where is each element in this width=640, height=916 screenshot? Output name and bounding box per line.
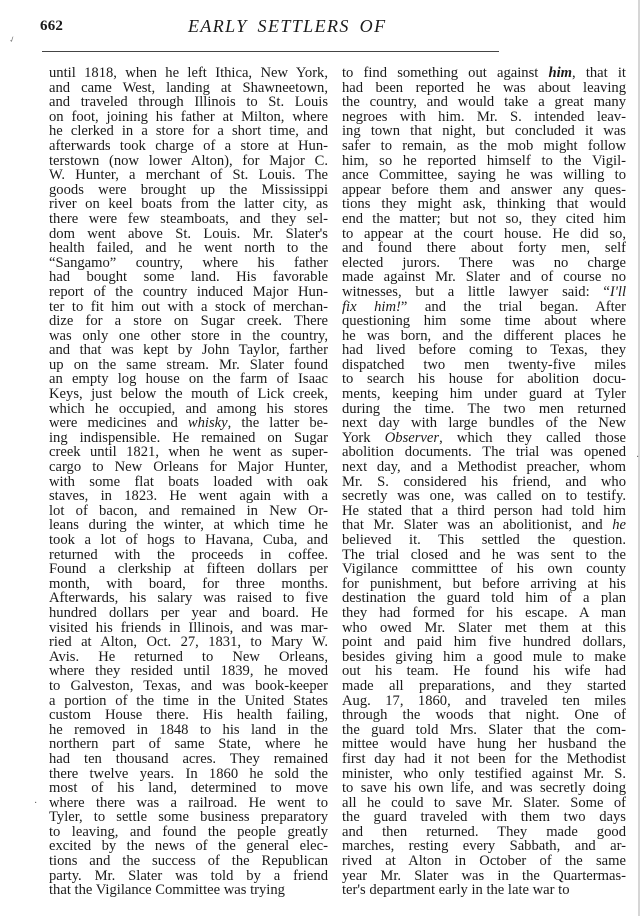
text-segment: visited his friends in Illinois, and was…: [49, 620, 328, 636]
text-segment: and found there about forty men, self: [342, 240, 626, 256]
text-segment: questioning him some time about where: [342, 313, 626, 329]
text-line: dispatched two men twenty-five miles: [342, 358, 626, 373]
text-segment: creek until 1821, when he went as super-: [49, 444, 328, 460]
text-line: Found a clerkship at fifteen dollars per: [49, 562, 328, 577]
text-segment: to Galveston, Texas, and was book-keeper: [49, 678, 328, 694]
text-segment: where they resided until 1839, he moved: [49, 663, 328, 679]
text-line: which he occupied, and among his stores: [49, 402, 328, 417]
text-line: that Mr. Slater was an abolitionist, and…: [342, 518, 626, 533]
text-line: elected jurors. There was no charge: [342, 256, 626, 271]
text-line: dom went above St. Louis. Mr. Slater's: [49, 227, 328, 242]
text-segment: out his team. He found his wife had: [342, 663, 626, 679]
text-segment: northern part of same State, where he: [49, 736, 328, 752]
text-segment: on foot, joining his father at Milton, w…: [49, 109, 328, 125]
text-line: health failed, and he went north to the: [49, 241, 328, 256]
text-segment: , which they called those: [439, 430, 626, 446]
text-segment: with some flat boats loaded with oak: [49, 474, 328, 490]
text-line: an empty log house on the farm of Isaac: [49, 372, 328, 387]
text-segment: goods were brought up the Mississippi: [49, 182, 328, 198]
text-segment: an empty log house on the farm of Isaac: [49, 371, 328, 387]
text-segment: had ten thousand acres. They remained: [49, 751, 328, 767]
text-segment: cargo to New Orleans for Major Hunter,: [49, 459, 328, 475]
text-segment: which he occupied, and among his stores: [49, 401, 328, 417]
text-line: rived at Alton in October of the same: [342, 854, 626, 869]
text-line: York Observer, which they called those: [342, 431, 626, 446]
text-line: ing town that night, but concluded it wa…: [342, 124, 626, 139]
text-line: up on the same stream. Mr. Slater found: [49, 358, 328, 373]
text-line: and that was kept by John Taylor, farthe…: [49, 343, 328, 358]
text-segment: tions and the success of the Republican: [49, 853, 328, 869]
text-line: to search his house for abolition docu-: [342, 372, 626, 387]
text-segment: excited by the news of the general elec-: [49, 838, 328, 854]
text-segment: him, so he reported himself to the Vigil…: [342, 153, 626, 169]
text-line: cargo to New Orleans for Major Hunter,: [49, 460, 328, 475]
text-line: leans during the winter, at which time h…: [49, 518, 328, 533]
text-line: creek until 1821, when he went as super-: [49, 445, 328, 460]
text-line: mittee would have hung her husband the: [342, 737, 626, 752]
text-segment: to find something out against: [342, 65, 548, 81]
text-segment: Found a clerkship at fifteen dollars per: [49, 561, 328, 577]
text-line: end the matter; but not so, they cited h…: [342, 212, 626, 227]
text-line: the guard told Mrs. Slater that the com-: [342, 723, 626, 738]
text-line: until 1818, when he left Ithica, New Yor…: [49, 66, 328, 81]
text-segment: to appear at the court house. He did so,: [342, 226, 626, 242]
margin-speck: ·: [636, 452, 639, 463]
text-line: were medicines and whisky, the latter be…: [49, 416, 328, 431]
text-line: Avis. He returned to New Orleans,: [49, 650, 328, 665]
text-line: secretly was one, was called on to testi…: [342, 489, 626, 504]
text-segment: lot of bacon, and remained in New Or-: [49, 503, 328, 519]
text-segment: made all preparations, and they started: [342, 678, 626, 694]
running-header: 662 EARLY SETTLERS OF: [40, 14, 500, 38]
text-line: dize for a store on Sugar creek. There: [49, 314, 328, 329]
text-segment: safer to remain, as the mob might follow: [342, 138, 626, 154]
text-segment: were medicines and: [49, 415, 188, 431]
text-segment: , that it: [572, 65, 626, 81]
text-segment: to leaving, and found the people greatly: [49, 824, 328, 840]
text-segment: and then returned. They made good: [342, 824, 626, 840]
text-segment: terstown (now lower Alton), for Major C.: [49, 153, 328, 169]
text-line: He stated that a third person had told h…: [342, 504, 626, 519]
text-line: and found there about forty men, self: [342, 241, 626, 256]
text-segment: Keys, just below the mouth of Lick creek…: [49, 386, 328, 402]
text-line: tions and the success of the Republican: [49, 854, 328, 869]
text-segment: first day had it not been for the Method…: [342, 751, 626, 767]
text-segment: returned with the proceeds in coffee.: [49, 547, 328, 563]
text-line: to leaving, and found the people greatly: [49, 825, 328, 840]
text-segment: health failed, and he went north to the: [49, 240, 328, 256]
italic-text: fix him!: [342, 299, 401, 315]
text-line: had bought some land. His favorable: [49, 270, 328, 285]
text-line: where they resided until 1839, he moved: [49, 664, 328, 679]
text-segment: dize for a store on Sugar creek. There: [49, 313, 328, 329]
text-line: ter to fit him out with a stock of merch…: [49, 300, 328, 315]
text-line: had lived before coming to Texas, they: [342, 343, 626, 358]
text-segment: appear before them and answer any ques-: [342, 182, 626, 198]
text-column-left: until 1818, when he left Ithica, New Yor…: [49, 66, 328, 898]
text-line: party. Mr. Slater was told by a friend: [49, 869, 328, 884]
text-segment: ter to fit him out with a stock of merch…: [49, 299, 328, 315]
text-line: month, with board, for three months.: [49, 577, 328, 592]
text-segment: afterwards took charge of a store at Hun…: [49, 138, 328, 154]
text-segment: Mr. S. considered his friend, and who: [342, 474, 626, 490]
text-segment: , the latter be-: [228, 415, 328, 431]
text-segment: secretly was one, was called on to testi…: [342, 488, 626, 504]
text-line: and traveled through Illinois to St. Lou…: [49, 95, 328, 110]
text-line: next day, and a Methodist preacher, whom: [342, 460, 626, 475]
text-segment: until 1818, when he left Ithica, New Yor…: [49, 65, 328, 81]
text-line: safer to remain, as the mob might follow: [342, 139, 626, 154]
text-line: to Galveston, Texas, and was book-keeper: [49, 679, 328, 694]
text-line: Afterwards, his salary was raised to fiv…: [49, 591, 328, 606]
italic-text: Observer: [385, 430, 439, 446]
text-segment: where there was a railroad. He went to: [49, 795, 328, 811]
text-segment: made against Mr. Slater and of course no: [342, 269, 626, 285]
text-line: to save his own life, and was secretly d…: [342, 781, 626, 796]
running-title: EARLY SETTLERS OF: [188, 16, 386, 37]
text-line: ter's department early in the late war t…: [342, 883, 626, 898]
text-segment: destination the guard told him of a plan: [342, 590, 626, 606]
text-line: to appear at the court house. He did so,: [342, 227, 626, 242]
text-segment: negroes with him. Mr. S. intended leav-: [342, 109, 626, 125]
text-line: custom House there. His health failing,: [49, 708, 328, 723]
text-segment: ing indispensible. He remained on Sugar: [49, 430, 328, 446]
text-segment: staves, in 1823. He went again with a: [49, 488, 328, 504]
text-line: and then returned. They made good: [342, 825, 626, 840]
text-segment: ing town that night, but concluded it wa…: [342, 123, 626, 139]
text-segment: up on the same stream. Mr. Slater found: [49, 357, 328, 373]
text-line: The trial closed and he was sent to the: [342, 548, 626, 563]
text-segment: they had formed for his escape. A man: [342, 605, 626, 621]
text-segment: had been reported he was about leaving: [342, 80, 626, 96]
text-line: a portion of the time in the United Stat…: [49, 694, 328, 709]
text-segment: he removed in 1848 to his land in the: [49, 722, 328, 738]
text-segment: besides giving him a good mule to make: [342, 649, 626, 665]
text-segment: during the time. The two men returned: [342, 401, 626, 417]
text-line: Keys, just below the mouth of Lick creek…: [49, 387, 328, 402]
text-segment: “Sangamo” country, where his father: [49, 255, 328, 271]
text-line: appear before them and answer any ques-: [342, 183, 626, 198]
text-segment: river on keel boats from the latter city…: [49, 196, 328, 212]
text-line: most of his land, determined to move: [49, 781, 328, 796]
text-line: staves, in 1823. He went again with a: [49, 489, 328, 504]
text-segment: dom went above St. Louis. Mr. Slater's: [49, 226, 328, 242]
text-segment: he clerked in a store for a short time, …: [49, 123, 328, 139]
text-segment: year Mr. Slater was in the Quartermas-: [342, 868, 626, 884]
text-segment: elected jurors. There was no charge: [342, 255, 626, 271]
text-line: negroes with him. Mr. S. intended leav-: [342, 110, 626, 125]
text-segment: abolition documents. The trial was opene…: [342, 444, 626, 460]
text-line: northern part of same State, where he: [49, 737, 328, 752]
text-segment: dispatched two men twenty-five miles: [342, 357, 626, 373]
text-segment: had bought some land. His favorable: [49, 269, 328, 285]
text-line: there were few steamboats, and they sel-: [49, 212, 328, 227]
text-segment: He stated that a third person had told h…: [342, 503, 626, 519]
text-line: through the woods that night. One of: [342, 708, 626, 723]
text-line: who owed Mr. Slater met them at this: [342, 621, 626, 636]
text-segment: a portion of the time in the United Stat…: [49, 693, 328, 709]
text-segment: he was born, and the different places he: [342, 328, 626, 344]
italic-text: he: [612, 517, 626, 533]
text-segment: point and paid him five hundred dollars,: [342, 634, 626, 650]
text-line: to find something out against him, that …: [342, 66, 626, 81]
text-segment: had lived before coming to Texas, they: [342, 342, 626, 358]
text-line: visited his friends in Illinois, and was…: [49, 621, 328, 636]
text-segment: next day, and a Methodist preacher, whom: [342, 459, 626, 475]
text-segment: Tyler, to settle some business preparato…: [49, 809, 328, 825]
text-segment: ried at Alton, Oct. 27, 1831, to Mary W.: [49, 634, 328, 650]
text-line: lot of bacon, and remained in New Or-: [49, 504, 328, 519]
text-line: he clerked in a store for a short time, …: [49, 124, 328, 139]
text-line: W. Hunter, a merchant of St. Louis. The: [49, 168, 328, 183]
text-segment: to search his house for abolition docu-: [342, 371, 626, 387]
text-segment: the country, and would take a great many: [342, 94, 626, 110]
text-line: they had formed for his escape. A man: [342, 606, 626, 621]
text-segment: next day with large bundles of the New: [342, 415, 626, 431]
text-segment: hundred dollars per year and board. He: [49, 605, 328, 621]
text-segment: the guard traveled with them two days: [342, 809, 626, 825]
text-line: where there was a railroad. He went to: [49, 796, 328, 811]
text-line: all he could to save Mr. Slater. Some of: [342, 796, 626, 811]
text-line: point and paid him five hundred dollars,: [342, 635, 626, 650]
text-segment: report of the country induced Major Hun-: [49, 284, 328, 300]
text-line: ing indispensible. He remained on Sugar: [49, 431, 328, 446]
text-segment: York: [342, 430, 385, 446]
text-segment: who owed Mr. Slater met them at this: [342, 620, 626, 636]
text-line: believed it. This settled the question.: [342, 533, 626, 548]
text-segment: there were few steamboats, and they sel-: [49, 211, 328, 227]
text-segment: and that was kept by John Taylor, farthe…: [49, 342, 328, 358]
text-line: ried at Alton, Oct. 27, 1831, to Mary W.: [49, 635, 328, 650]
text-segment: ter's department early in the late war t…: [342, 882, 570, 898]
text-segment: party. Mr. Slater was told by a friend: [49, 868, 328, 884]
text-line: goods were brought up the Mississippi: [49, 183, 328, 198]
header-rule: [42, 51, 499, 52]
text-line: “Sangamo” country, where his father: [49, 256, 328, 271]
text-line: marches, resting every Sabbath, and ar-: [342, 839, 626, 854]
text-segment: Aug. 17, 1860, and traveled ten miles: [342, 693, 626, 709]
text-line: excited by the news of the general elec-: [49, 839, 328, 854]
text-line: Vigilance committtee of his own county: [342, 562, 626, 577]
text-segment: all he could to save Mr. Slater. Some of: [342, 795, 626, 811]
text-line: returned with the proceeds in coffee.: [49, 548, 328, 563]
italic-text: whisky: [188, 415, 228, 431]
text-line: first day had it not been for the Method…: [342, 752, 626, 767]
text-segment: ” and the trial began. After: [401, 299, 626, 315]
margin-mark: ✓: [8, 34, 17, 45]
text-line: was only one other store in the country,: [49, 329, 328, 344]
text-line: ance Committee, saying he was willing to: [342, 168, 626, 183]
text-line: the guard traveled with them two days: [342, 810, 626, 825]
text-segment: rived at Alton in October of the same: [342, 853, 626, 869]
text-segment: there twelve years. In 1860 he sold the: [49, 766, 328, 782]
text-segment: marches, resting every Sabbath, and ar-: [342, 838, 626, 854]
text-line: terstown (now lower Alton), for Major C.: [49, 154, 328, 169]
text-segment: month, with board, for three months.: [49, 576, 328, 592]
text-segment: believed it. This settled the question.: [342, 532, 626, 548]
text-column-right: to find something out against him, that …: [342, 66, 626, 898]
text-segment: the guard told Mrs. Slater that the com-: [342, 722, 626, 738]
text-segment: Avis. He returned to New Orleans,: [49, 649, 328, 665]
text-segment: end the matter; but not so, they cited h…: [342, 211, 626, 227]
text-line: on foot, joining his father at Milton, w…: [49, 110, 328, 125]
text-segment: ance Committee, saying he was willing to: [342, 167, 626, 183]
text-line: the country, and would take a great many: [342, 95, 626, 110]
text-line: year Mr. Slater was in the Quartermas-: [342, 869, 626, 884]
text-line: next day with large bundles of the New: [342, 416, 626, 431]
text-line: there twelve years. In 1860 he sold the: [49, 767, 328, 782]
text-segment: that the Vigilance Committee was trying: [49, 882, 285, 898]
text-line: made all preparations, and they started: [342, 679, 626, 694]
text-line: had ten thousand acres. They remained: [49, 752, 328, 767]
text-segment: most of his land, determined to move: [49, 780, 328, 796]
text-segment: to save his own life, and was secretly d…: [342, 780, 626, 796]
text-segment: Vigilance committtee of his own county: [342, 561, 626, 577]
text-line: that the Vigilance Committee was trying: [49, 883, 328, 898]
page-number: 662: [40, 18, 63, 35]
text-line: Tyler, to settle some business preparato…: [49, 810, 328, 825]
text-segment: leans during the winter, at which time h…: [49, 517, 328, 533]
italic-text: I'll: [610, 284, 626, 300]
text-line: and came West, landing at Shawneetown,: [49, 81, 328, 96]
text-line: questioning him some time about where: [342, 314, 626, 329]
text-line: had been reported he was about leaving: [342, 81, 626, 96]
text-line: minister, who only testified against Mr.…: [342, 767, 626, 782]
text-line: hundred dollars per year and board. He: [49, 606, 328, 621]
text-segment: for punishment, but before arriving at h…: [342, 576, 626, 592]
text-line: out his team. He found his wife had: [342, 664, 626, 679]
text-line: him, so he reported himself to the Vigil…: [342, 154, 626, 169]
text-line: took a lot of hogs to Havana, Cuba, and: [49, 533, 328, 548]
text-segment: tions they might ask, thinking that woul…: [342, 196, 626, 212]
text-line: abolition documents. The trial was opene…: [342, 445, 626, 460]
text-line: made against Mr. Slater and of course no: [342, 270, 626, 285]
italic-text: him: [548, 65, 572, 81]
text-segment: that Mr. Slater was an abolitionist, and: [342, 517, 612, 533]
text-segment: mittee would have hung her husband the: [342, 736, 626, 752]
text-segment: through the woods that night. One of: [342, 707, 626, 723]
text-segment: W. Hunter, a merchant of St. Louis. The: [49, 167, 328, 183]
text-line: report of the country induced Major Hun-: [49, 285, 328, 300]
text-segment: took a lot of hogs to Havana, Cuba, and: [49, 532, 328, 548]
text-segment: custom House there. His health failing,: [49, 707, 328, 723]
text-line: ments, keeping him under guard at Tyler: [342, 387, 626, 402]
text-line: with some flat boats loaded with oak: [49, 475, 328, 490]
text-line: Mr. S. considered his friend, and who: [342, 475, 626, 490]
text-segment: ments, keeping him under guard at Tyler: [342, 386, 626, 402]
text-segment: and came West, landing at Shawneetown,: [49, 80, 328, 96]
text-line: afterwards took charge of a store at Hun…: [49, 139, 328, 154]
text-line: river on keel boats from the latter city…: [49, 197, 328, 212]
text-line: besides giving him a good mule to make: [342, 650, 626, 665]
margin-speck: ·: [34, 798, 37, 809]
text-line: destination the guard told him of a plan: [342, 591, 626, 606]
text-line: he removed in 1848 to his land in the: [49, 723, 328, 738]
text-segment: The trial closed and he was sent to the: [342, 547, 626, 563]
text-segment: was only one other store in the country,: [49, 328, 328, 344]
text-line: during the time. The two men returned: [342, 402, 626, 417]
text-line: tions they might ask, thinking that woul…: [342, 197, 626, 212]
text-line: fix him!” and the trial began. After: [342, 300, 626, 315]
text-segment: and traveled through Illinois to St. Lou…: [49, 94, 328, 110]
text-segment: witnesses, but a little lawyer said: “: [342, 284, 610, 300]
text-segment: minister, who only testified against Mr.…: [342, 766, 626, 782]
text-line: for punishment, but before arriving at h…: [342, 577, 626, 592]
text-line: witnesses, but a little lawyer said: “I'…: [342, 285, 626, 300]
text-segment: Afterwards, his salary was raised to fiv…: [49, 590, 328, 606]
text-line: he was born, and the different places he: [342, 329, 626, 344]
text-line: Aug. 17, 1860, and traveled ten miles: [342, 694, 626, 709]
